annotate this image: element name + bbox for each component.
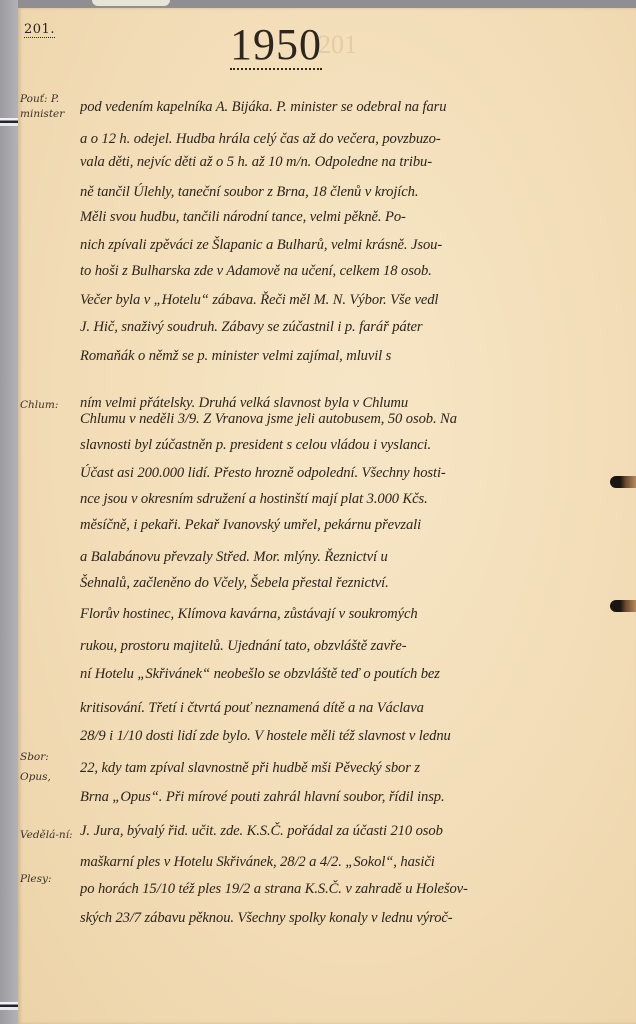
- scanner-left-edge: [0, 0, 18, 1024]
- page-number: 201.: [24, 22, 55, 38]
- text-line: Účast asi 200.000 lidí. Přesto hrozně od…: [80, 464, 626, 482]
- text-line: Šehnalů, začleněno do Včely, Šebela přes…: [80, 574, 626, 592]
- text-line: Večer byla v „Hotelu“ zábava. Řeči měl M…: [80, 291, 626, 309]
- text-line: Romaňák o němž se p. minister velmi zají…: [80, 347, 626, 365]
- text-line: vala děti, nejvíc děti až o 5 h. až 10 m…: [80, 153, 626, 171]
- text-line: a o 12 h. odejel. Hudba hrála celý čas a…: [80, 130, 626, 148]
- margin-note-opus: Opus,: [20, 770, 78, 785]
- text-line: J. Hič, snaživý soudruh. Zábavy se zúčas…: [80, 318, 626, 336]
- binding-hole-upper: [610, 476, 636, 488]
- text-line: Chlumu v neděli 3/9. Z Vranova jsme jeli…: [80, 410, 626, 428]
- text-line: maškarní ples v Hotelu Skřivánek, 28/2 a…: [80, 853, 626, 871]
- text-line: J. Jura, bývalý řid. učit. zde. K.S.Č. p…: [80, 822, 626, 840]
- margin-note-chlum: Chlum:: [20, 398, 78, 413]
- margin-note-vedeni: Vedělá-ní:: [20, 828, 78, 843]
- text-line: ských 23/7 zábavu pěknou. Všechny spolky…: [80, 909, 626, 927]
- binding-hole-lower: [610, 600, 636, 612]
- text-line: Měli svou hudbu, tančili národní tance, …: [80, 208, 626, 226]
- edge-marker-bottom: [0, 1002, 20, 1010]
- text-line: Brna „Opus“. Při mírové pouti zahrál hla…: [80, 788, 626, 806]
- margin-note-pout: Pouť: P. minister: [20, 92, 78, 122]
- text-line: nce jsou v okresním sdružení a hostinští…: [80, 490, 626, 508]
- text-line: ně tančil Úlehly, taneční soubor z Brna,…: [80, 183, 626, 201]
- text-line: 28/9 i 1/10 dosti lidí zde bylo. V hoste…: [80, 727, 626, 745]
- text-line: 22, kdy tam zpíval slavnostně při hudbě …: [80, 759, 626, 777]
- text-line: po horách 15/10 též ples 19/2 a strana K…: [80, 880, 626, 898]
- text-line: slavnosti byl zúčastněn p. president s c…: [80, 436, 626, 454]
- text-line: ní Hotelu „Skřivánek“ neobešlo se obzvlá…: [80, 665, 626, 683]
- bleed-through-text: 201: [318, 30, 357, 60]
- text-line: měsíčně, i pekaři. Pekař Ivanovský umřel…: [80, 516, 626, 534]
- text-line: rukou, prostoru majitelů. Ujednání tato,…: [80, 637, 626, 655]
- text-line: a Balabánovu převzaly Střed. Mor. mlýny.…: [80, 548, 626, 566]
- text-line: kritisování. Třetí i čtvrtá pouť nezname…: [80, 699, 626, 717]
- text-line: Florův hostinec, Klímova kavárna, zůstáv…: [80, 605, 626, 623]
- chronicle-page: 201. 201 1950 Pouť: P. ministerChlum:Sbo…: [18, 8, 636, 1024]
- margin-note-sbor: Sbor:: [20, 750, 78, 765]
- text-line: nich zpívali zpěváci ze Šlapanic a Bulha…: [80, 236, 626, 254]
- year-heading: 1950: [230, 22, 322, 70]
- margin-note-plesy: Plesy:: [20, 872, 78, 887]
- text-line: pod vedením kapelníka A. Bijáka. P. mini…: [80, 98, 626, 116]
- text-line: to hoši z Bulharska zde v Adamově na uče…: [80, 262, 626, 280]
- binder-clip: [92, 0, 170, 6]
- edge-marker-top: [0, 118, 20, 126]
